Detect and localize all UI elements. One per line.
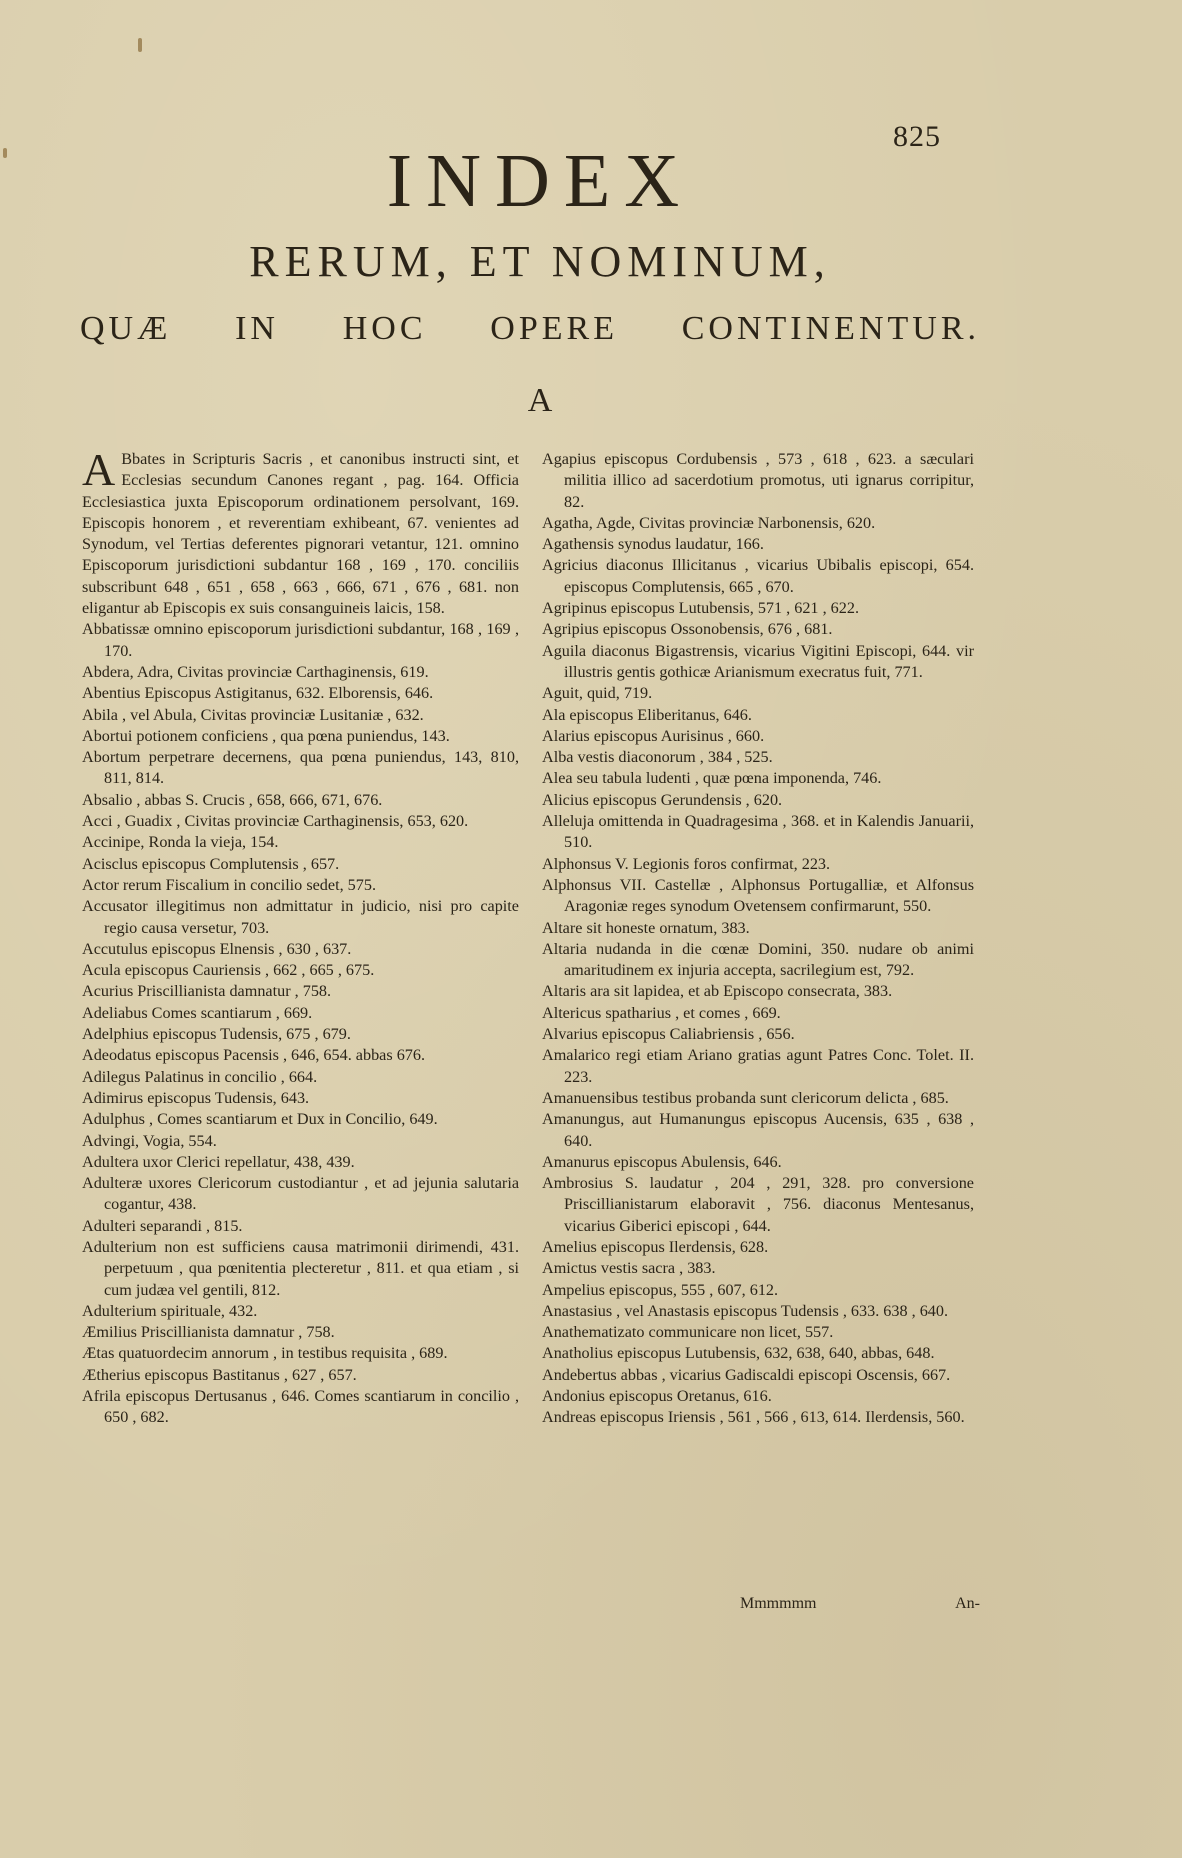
ink-blemish: [138, 38, 142, 52]
index-entry: Abila , vel Abula, Civitas provinciæ Lus…: [82, 705, 519, 726]
index-column-right: Agapius episcopus Cordubensis , 573 , 61…: [542, 449, 974, 1429]
index-entry: Actor rerum Fiscalium in concilio sedet,…: [82, 875, 519, 896]
index-entry: Ala episcopus Eliberitanus, 646.: [542, 705, 974, 726]
index-entry: ABbates in Scripturis Sacris , et canoni…: [82, 449, 519, 619]
index-entry: Accinipe, Ronda la vieja, 154.: [82, 832, 519, 853]
index-entry: Adilegus Palatinus in concilio , 664.: [82, 1067, 519, 1088]
footer-line: Mmmmmm An-: [740, 1595, 980, 1613]
index-entry: Andonius episcopus Oretanus, 616.: [542, 1386, 974, 1407]
index-entry: Acula episcopus Cauriensis , 662 , 665 ,…: [82, 960, 519, 981]
index-entry: Anatholius episcopus Lutubensis, 632, 63…: [542, 1343, 974, 1364]
index-entry: Adimirus episcopus Tudensis, 643.: [82, 1088, 519, 1109]
index-entry: Abbatissæ omnino episcoporum jurisdictio…: [82, 619, 519, 662]
index-entry: Acci , Guadix , Civitas provinciæ Cartha…: [82, 811, 519, 832]
index-column-left: ABbates in Scripturis Sacris , et canoni…: [82, 449, 519, 1429]
index-entry: Adulteri separandi , 815.: [82, 1216, 519, 1237]
index-entry: Agricius diaconus Illicitanus , vicarius…: [542, 555, 974, 598]
index-entry: Accutulus episcopus Elnensis , 630 , 637…: [82, 939, 519, 960]
index-entry: Amalarico regi etiam Ariano gratias agun…: [542, 1045, 974, 1088]
section-letter-heading: A: [0, 382, 1050, 420]
signature-mark: Mmmmmm: [740, 1595, 816, 1613]
index-entry: Altare sit honeste ornatum, 383.: [542, 918, 974, 939]
index-entry: Amanuensibus testibus probanda sunt cler…: [542, 1088, 974, 1109]
index-entry: Accusator illegitimus non admittatur in …: [82, 896, 519, 939]
index-entry: Altaris ara sit lapidea, et ab Episcopo …: [542, 981, 974, 1002]
index-entry: Alea seu tabula ludenti , quæ pœna impon…: [542, 768, 974, 789]
index-entry: Adelphius episcopus Tudensis, 675 , 679.: [82, 1024, 519, 1045]
index-entry: Adeodatus episcopus Pacensis , 646, 654.…: [82, 1045, 519, 1066]
index-entry: Afrila episcopus Dertusanus , 646. Comes…: [82, 1386, 519, 1429]
index-entry: Adultera uxor Clerici repellatur, 438, 4…: [82, 1152, 519, 1173]
index-entry: Acisclus episcopus Complutensis , 657.: [82, 854, 519, 875]
index-entry: Adulterium spirituale, 432.: [82, 1301, 519, 1322]
index-entry: Aguila diaconus Bigastrensis, vicarius V…: [542, 641, 974, 684]
index-entry: Adulteræ uxores Clericorum custodiantur …: [82, 1173, 519, 1216]
index-entry: Æmilius Priscillianista damnatur , 758.: [82, 1322, 519, 1343]
index-entry: Amanungus, aut Humanungus episcopus Auce…: [542, 1109, 974, 1152]
page-subtitle-1: RERUM, ET NOMINUM,: [0, 236, 1050, 287]
index-entry: Anastasius , vel Anastasis episcopus Tud…: [542, 1301, 974, 1322]
index-entry: Agatha, Agde, Civitas provinciæ Narbonen…: [542, 513, 974, 534]
index-entry: Abdera, Adra, Civitas provinciæ Carthagi…: [82, 662, 519, 683]
index-entry: Adeliabus Comes scantiarum , 669.: [82, 1003, 519, 1024]
index-entry: Agathensis synodus laudatur, 166.: [542, 534, 974, 555]
index-entry: Anathematizato communicare non licet, 55…: [542, 1322, 974, 1343]
index-entry: Amelius episcopus Ilerdensis, 628.: [542, 1237, 974, 1258]
index-entry: Absalio , abbas S. Crucis , 658, 666, 67…: [82, 790, 519, 811]
index-entry: Alphonsus V. Legionis foros confirmat, 2…: [542, 854, 974, 875]
index-entry: Amictus vestis sacra , 383.: [542, 1258, 974, 1279]
index-entry: Altaria nudanda in die cœnæ Domini, 350.…: [542, 939, 974, 982]
drop-cap: A: [82, 451, 115, 489]
index-entry: Abortui potionem conficiens , qua pœna p…: [82, 726, 519, 747]
index-entry: Advingi, Vogia, 554.: [82, 1131, 519, 1152]
index-entry: Alba vestis diaconorum , 384 , 525.: [542, 747, 974, 768]
page-title: INDEX: [0, 138, 1050, 225]
index-entry: Alvarius episcopus Caliabriensis , 656.: [542, 1024, 974, 1045]
index-entry: Acurius Priscillianista damnatur , 758.: [82, 981, 519, 1002]
index-entry: Alarius episcopus Aurisinus , 660.: [542, 726, 974, 747]
page-subtitle-2: QUÆ IN HOC OPERE CONTINENTUR.: [80, 310, 980, 348]
index-entry-text: Bbates in Scripturis Sacris , et canonib…: [82, 450, 519, 617]
index-entry: Altericus spatharius , et comes , 669.: [542, 1003, 974, 1024]
index-entry: Amanurus episcopus Abulensis, 646.: [542, 1152, 974, 1173]
index-entry: Abentius Episcopus Astigitanus, 632. Elb…: [82, 683, 519, 704]
index-entry: Ampelius episcopus, 555 , 607, 612.: [542, 1280, 974, 1301]
index-entry: Alicius episcopus Gerundensis , 620.: [542, 790, 974, 811]
index-entry: Aguit, quid, 719.: [542, 683, 974, 704]
index-entry: Ambrosius S. laudatur , 204 , 291, 328. …: [542, 1173, 974, 1237]
index-entry: Ætas quatuordecim annorum , in testibus …: [82, 1343, 519, 1364]
index-entry: Ætherius episcopus Bastitanus , 627 , 65…: [82, 1365, 519, 1386]
index-entry: Alleluja omittenda in Quadragesima , 368…: [542, 811, 974, 854]
index-entry: Agripius episcopus Ossonobensis, 676 , 6…: [542, 619, 974, 640]
index-entry: Abortum perpetrare decernens, qua pœna p…: [82, 747, 519, 790]
index-entry: Andebertus abbas , vicarius Gadiscaldi e…: [542, 1365, 974, 1386]
index-entry: Alphonsus VII. Castellæ , Alphonsus Port…: [542, 875, 974, 918]
catchword: An-: [955, 1595, 980, 1613]
index-entry: Adulphus , Comes scantiarum et Dux in Co…: [82, 1109, 519, 1130]
index-entry: Agripinus episcopus Lutubensis, 571 , 62…: [542, 598, 974, 619]
index-entry: Andreas episcopus Iriensis , 561 , 566 ,…: [542, 1407, 974, 1428]
index-entry: Agapius episcopus Cordubensis , 573 , 61…: [542, 449, 974, 513]
book-page: 825 INDEX RERUM, ET NOMINUM, QUÆ IN HOC …: [0, 0, 1182, 1858]
index-entry: Adulterium non est sufficiens causa matr…: [82, 1237, 519, 1301]
